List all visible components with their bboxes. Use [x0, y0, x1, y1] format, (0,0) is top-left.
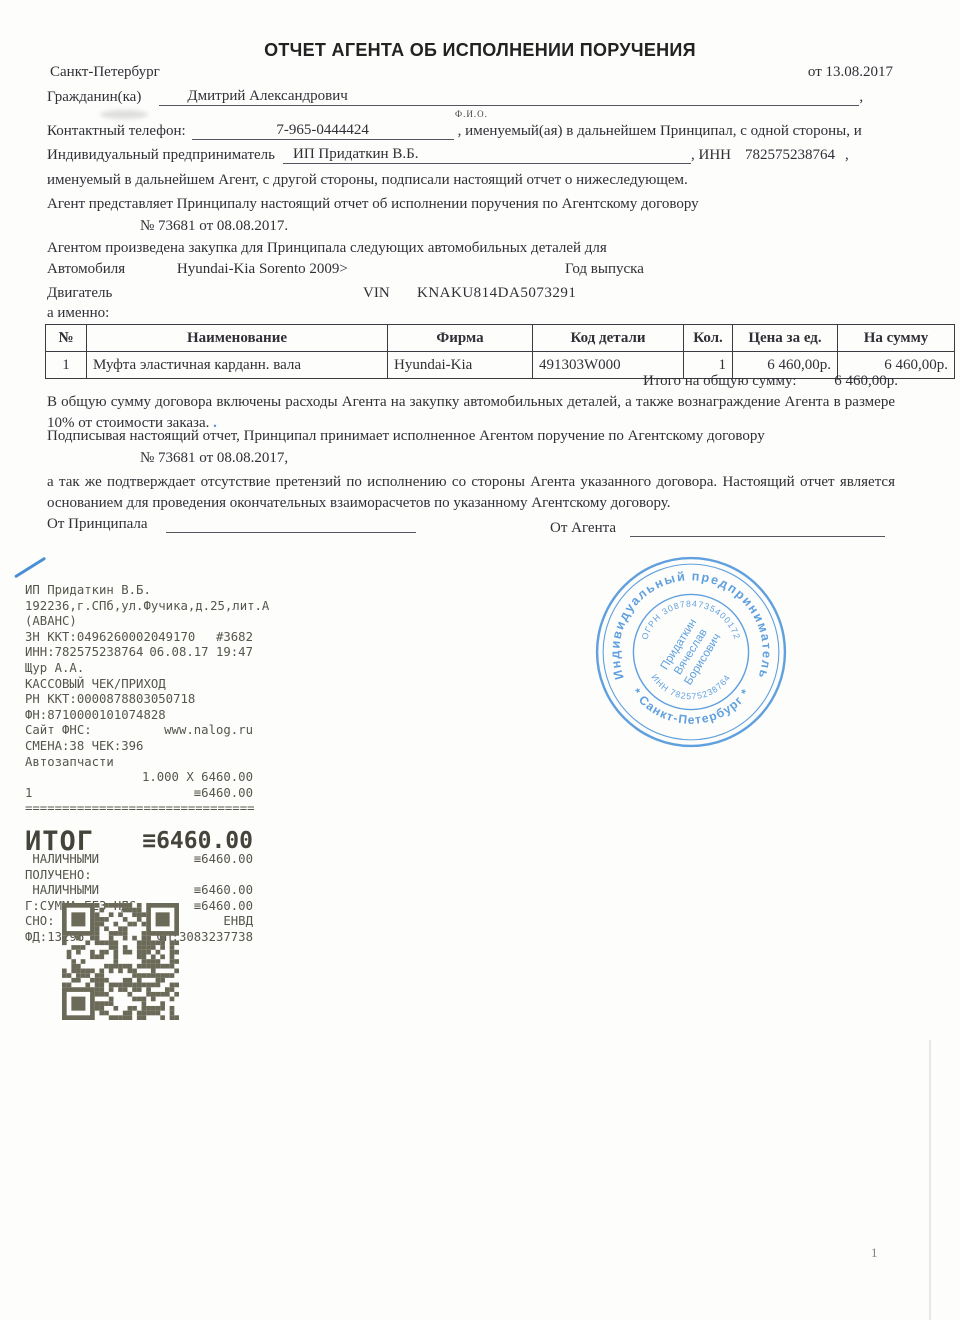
costs-text: В общую сумму договора включены расходы … — [47, 394, 895, 431]
engine-label: Двигатель — [47, 285, 112, 301]
scanned-agent-report: ОТЧЕТ АГЕНТА ОБ ИСПОЛНЕНИИ ПОРУЧЕНИЯ Сан… — [0, 0, 960, 1320]
total-value: 6 460,00р. — [834, 373, 898, 389]
receipt-line: СМЕНА:38 ЧЕК:396 — [25, 739, 253, 755]
col-qty: Кол. — [684, 325, 733, 352]
qr-code — [62, 903, 179, 1025]
city-label: Санкт-Петербург — [50, 64, 160, 81]
report-clause: Агент представляет Принципалу настоящий … — [47, 196, 699, 213]
scan-edge-line — [929, 1040, 931, 1320]
parts-table: № Наименование Фирма Код детали Кол. Цен… — [45, 324, 955, 379]
citizen-name-field: Дмитрий Александрович — [159, 88, 859, 106]
receipt-value: ≡6460.00 — [194, 852, 253, 868]
receipt-text: СНО: — [25, 914, 55, 930]
receipt-text: РН ККТ:0000878803050718 — [25, 692, 195, 708]
agent-signature: От Агента — [550, 514, 885, 537]
receipt-text: Сайт ФНС: — [25, 723, 92, 739]
contract-ref-2: № 73681 от 08.08.2017, — [140, 450, 288, 467]
cell-name: Муфта эластичная карданн. вала — [87, 352, 388, 379]
principal-signature-line — [166, 514, 416, 533]
phone-line: Контактный телефон:7-965-0444424, именуе… — [47, 122, 862, 140]
receipt-line: ПОЛУЧЕНО: — [25, 868, 253, 884]
receipt-value: ≡6460.00 — [194, 786, 253, 802]
receipt-text: НАЛИЧНЫМИ — [25, 883, 99, 899]
receipt-line: НАЛИЧНЫМИ≡6460.00 — [25, 883, 253, 899]
col-price: Цена за ед. — [733, 325, 838, 352]
col-name: Наименование — [87, 325, 388, 352]
phone-value: 7-965-0444424 — [276, 122, 369, 138]
receipt-line: Щур А.А. — [25, 661, 253, 677]
receipt-text: ЗН ККТ:0496260002049170 — [25, 630, 195, 646]
receipt-value: www.nalog.ru — [164, 723, 253, 739]
receipt-value: 06.08.17 19:47 — [149, 645, 253, 661]
agent-clause: именуемый в дальнейшем Агент, с другой с… — [47, 172, 688, 189]
signing-clause: Подписывая настоящий отчет, Принципал пр… — [47, 428, 765, 445]
citizen-label: Гражданин(ка) — [47, 89, 141, 105]
receipt-line: 1.000 X 6460.00 — [25, 770, 253, 786]
cash-receipt: ИП Придаткин В.Б. 192236,г.СПб,ул.Фучика… — [25, 583, 253, 945]
receipt-line: НАЛИЧНЫМИ≡6460.00 — [25, 852, 253, 868]
scan-smudge — [100, 110, 148, 119]
phone-tail: , именуемый(ая) в дальнейшем Принципал, … — [458, 123, 862, 139]
receipt-text: 1 — [25, 786, 32, 802]
receipt-total-line: ИТОГ ≡6460.00 — [25, 818, 253, 850]
inn-tail: , — [845, 147, 849, 163]
entrepreneur-value: ИП Придаткин В.Б. — [293, 146, 418, 162]
receipt-text: 192236,г.СПб,ул.Фучика,д.25,лит.А — [25, 599, 269, 615]
receipt-text: КАССОВЫЙ ЧЕК/ПРИХОД — [25, 677, 166, 693]
receipt-text: ИП Придаткин В.Б. — [25, 583, 151, 599]
citizen-line: Гражданин(ка)Дмитрий Александрович, — [47, 88, 913, 106]
principal-signature: От Принципала — [47, 514, 416, 533]
page-number: 1 — [871, 1245, 878, 1261]
receipt-text: (АВАНС) — [25, 614, 77, 630]
receipt-line: 192236,г.СПб,ул.Фучика,д.25,лит.А — [25, 599, 253, 615]
col-number: № — [46, 325, 87, 352]
receipt-text: ПОЛУЧЕНО: — [25, 868, 92, 884]
receipt-text: ФН:8710000101074828 — [25, 708, 166, 724]
receipt-line: ИП Придаткин В.Б. — [25, 583, 253, 599]
phone-field: 7-965-0444424 — [192, 122, 454, 140]
receipt-text: Автозапчасти — [25, 755, 114, 771]
principal-signature-label: От Принципала — [47, 516, 148, 532]
pen-stroke — [14, 557, 46, 578]
page-title: ОТЧЕТ АГЕНТА ОБ ИСПОЛНЕНИИ ПОРУЧЕНИЯ — [0, 40, 960, 61]
agent-signature-label: От Агента — [550, 520, 616, 536]
receipt-value: #3682 — [216, 630, 253, 646]
receipt-line: РН ККТ:0000878803050718 — [25, 692, 253, 708]
receipt-line: ЗН ККТ:0496260002049170#3682 — [25, 630, 253, 646]
total-label: Итого на общую сумму: — [643, 373, 797, 389]
engine-line: Двигатель VIN KNAKU814DA5073291 — [47, 285, 913, 302]
inn-label: , ИНН — [691, 147, 731, 163]
table-header-row: № Наименование Фирма Код детали Кол. Цен… — [46, 325, 955, 352]
receipt-value: ЕНВД — [223, 914, 253, 930]
receipt-line: Автозапчасти — [25, 755, 253, 771]
claims-paragraph: а так же подтверждает отсутствие претенз… — [47, 472, 895, 514]
vin-label: VIN — [363, 285, 390, 302]
receipt-text: СМЕНА:38 ЧЕК:396 — [25, 739, 143, 755]
receipt-line: (АВАНС) — [25, 614, 253, 630]
total-line: Итого на общую сумму: 6 460,00р. — [643, 373, 898, 390]
citizen-comma: , — [859, 89, 863, 105]
receipt-separator: =============================== — [25, 801, 253, 817]
col-brand: Фирма — [388, 325, 533, 352]
receipt-value: 1.000 X 6460.00 — [142, 770, 253, 786]
car-label: Автомобиля — [47, 261, 125, 277]
purchase-clause: Агентом произведена закупка для Принципа… — [47, 240, 607, 257]
namely-label: а именно: — [47, 305, 109, 322]
receipt-line: ФН:8710000101074828 — [25, 708, 253, 724]
agent-signature-line — [630, 514, 885, 537]
receipt-text: ИНН:782575238764 — [25, 645, 143, 661]
receipt-value: ≡6460.00 — [194, 883, 253, 899]
receipt-line: КАССОВЫЙ ЧЕК/ПРИХОД — [25, 677, 253, 693]
entrepreneur-line: Индивидуальный предпринимательИП Придатк… — [47, 146, 849, 164]
vin-value: KNAKU814DA5073291 — [417, 285, 576, 302]
receipt-text: =============================== — [25, 801, 255, 817]
receipt-total-value: ≡6460.00 — [142, 834, 253, 850]
receipt-value: ≡6460.00 — [194, 899, 253, 915]
entrepreneur-stamp: Индивидуальный предприниматель * Санкт-П… — [590, 551, 792, 753]
entrepreneur-field: ИП Придаткин В.Б. — [283, 146, 691, 164]
car-value: Hyundai-Kia Sorento 2009> — [177, 261, 348, 277]
fio-caption: Ф.И.О. — [455, 109, 488, 119]
inn-value: 782575238764 — [745, 147, 835, 163]
receipt-line: ИНН:78257523876406.08.17 19:47 — [25, 645, 253, 661]
receipt-total-label: ИТОГ — [25, 834, 94, 850]
entrepreneur-label: Индивидуальный предприниматель — [47, 147, 275, 163]
receipt-text: Щур А.А. — [25, 661, 84, 677]
car-line: Автомобиля Hyundai-Kia Sorento 2009> Год… — [47, 261, 913, 278]
cell-number: 1 — [46, 352, 87, 379]
phone-label: Контактный телефон: — [47, 123, 186, 139]
receipt-line: 1≡6460.00 — [25, 786, 253, 802]
year-label: Год выпуска — [565, 261, 644, 278]
receipt-text: НАЛИЧНЫМИ — [25, 852, 99, 868]
col-partcode: Код детали — [533, 325, 684, 352]
contract-ref-1: № 73681 от 08.08.2017. — [140, 218, 288, 235]
col-sum: На сумму — [838, 325, 955, 352]
receipt-line: Сайт ФНС:www.nalog.ru — [25, 723, 253, 739]
report-date: от 13.08.2017 — [808, 64, 893, 81]
citizen-name: Дмитрий Александрович — [187, 88, 348, 104]
cell-brand: Hyundai-Kia — [388, 352, 533, 379]
